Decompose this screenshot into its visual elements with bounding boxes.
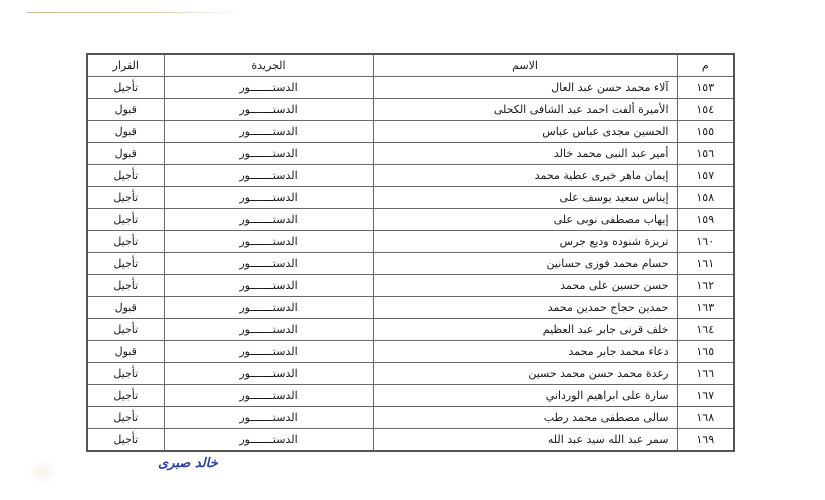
signature: خالد صبرى [158,456,218,471]
row-number: ١٦٧ [677,385,734,407]
row-decision: تأجيل [87,209,164,231]
row-name: إيهاب مصطفى نوبى على [373,209,677,231]
row-name: تريزة شنوده وديع جرس [373,231,677,253]
row-name: حسن حسين على محمد [373,275,677,297]
row-decision: تأجيل [87,77,164,99]
column-header-decision: القرار [87,54,164,77]
row-name: سارة على ابراهيم الورداني [373,385,677,407]
column-header-name: الاسم [373,54,677,77]
row-newspaper: الدستـــــــور [164,165,373,187]
row-decision: تأجيل [87,253,164,275]
row-newspaper: الدستـــــــور [164,231,373,253]
row-newspaper: الدستـــــــور [164,143,373,165]
row-newspaper: الدستـــــــور [164,77,373,99]
row-newspaper: الدستـــــــور [164,429,373,452]
row-name: إيمان ماهر خيرى عطية محمد [373,165,677,187]
row-number: ١٥٥ [677,121,734,143]
table-row: ١٥٧إيمان ماهر خيرى عطية محمدالدستـــــــ… [87,165,734,187]
row-name: آلاء محمد حسن عبد العال [373,77,677,99]
row-number: ١٥٣ [677,77,734,99]
row-newspaper: الدستـــــــور [164,99,373,121]
row-decision: قبول [87,341,164,363]
row-number: ١٦١ [677,253,734,275]
row-number: ١٥٨ [677,187,734,209]
table-row: ١٥٤الأميرة ألفت احمد عبد الشافى الكحلىال… [87,99,734,121]
row-decision: تأجيل [87,429,164,452]
row-decision: قبول [87,121,164,143]
row-decision: تأجيل [87,275,164,297]
row-decision: تأجيل [87,363,164,385]
table-row: ١٦٢حسن حسين على محمدالدستـــــــورتأجيل [87,275,734,297]
table-row: ١٦٠تريزة شنوده وديع جرسالدستـــــــورتأج… [87,231,734,253]
row-name: الأميرة ألفت احمد عبد الشافى الكحلى [373,99,677,121]
row-decision: تأجيل [87,165,164,187]
row-name: حسام محمد فوزى حسانين [373,253,677,275]
column-header-newspaper: الجريدة [164,54,373,77]
row-newspaper: الدستـــــــور [164,341,373,363]
table-row: ١٦٥دعاء محمد جابر محمدالدستـــــــورقبول [87,341,734,363]
row-number: ١٥٤ [677,99,734,121]
row-decision: تأجيل [87,231,164,253]
row-name: أمير عبد النبى محمد خالد [373,143,677,165]
table-row: ١٦٨سالى مصطفى محمد رطبالدستـــــــورتأجي… [87,407,734,429]
row-number: ١٦٦ [677,363,734,385]
row-number: ١٥٧ [677,165,734,187]
row-name: سمر عبد الله سيد عبد الله [373,429,677,452]
row-newspaper: الدستـــــــور [164,209,373,231]
row-decision: قبول [87,99,164,121]
table-row: ١٦٣حمدين حجاج حمدين محمدالدستـــــــورقب… [87,297,734,319]
row-newspaper: الدستـــــــور [164,319,373,341]
row-name: حمدين حجاج حمدين محمد [373,297,677,319]
table-row: ١٦٩سمر عبد الله سيد عبد اللهالدستـــــــ… [87,429,734,452]
row-newspaper: الدستـــــــور [164,275,373,297]
table-row: ١٦٧سارة على ابراهيم الوردانيالدستـــــــ… [87,385,734,407]
row-name: الحسين مجدى عباس عباس [373,121,677,143]
row-newspaper: الدستـــــــور [164,297,373,319]
row-decision: تأجيل [87,385,164,407]
row-newspaper: الدستـــــــور [164,407,373,429]
table-row: ١٥٨إيناس سعيد يوسف علىالدستـــــــورتأجي… [87,187,734,209]
row-decision: تأجيل [87,407,164,429]
top-divider-line [27,12,242,13]
row-number: ١٥٦ [677,143,734,165]
table-header-row: م الاسم الجريدة القرار [87,54,734,77]
row-name: دعاء محمد جابر محمد [373,341,677,363]
row-newspaper: الدستـــــــور [164,385,373,407]
paper-smudge [28,460,58,485]
row-decision: تأجيل [87,187,164,209]
results-table: م الاسم الجريدة القرار ١٥٣آلاء محمد حسن … [86,53,735,452]
table-row: ١٦٦رغدة محمد حسن محمد حسينالدستـــــــور… [87,363,734,385]
row-name: إيناس سعيد يوسف على [373,187,677,209]
row-decision: قبول [87,143,164,165]
column-header-number: م [677,54,734,77]
row-newspaper: الدستـــــــور [164,363,373,385]
row-number: ١٦٠ [677,231,734,253]
row-number: ١٦٨ [677,407,734,429]
table-row: ١٥٩إيهاب مصطفى نوبى علىالدستـــــــورتأج… [87,209,734,231]
row-number: ١٥٩ [677,209,734,231]
row-newspaper: الدستـــــــور [164,121,373,143]
row-number: ١٦٢ [677,275,734,297]
row-name: خلف قرنى جابر عبد العظيم [373,319,677,341]
row-newspaper: الدستـــــــور [164,187,373,209]
row-name: رغدة محمد حسن محمد حسين [373,363,677,385]
row-decision: قبول [87,297,164,319]
table-row: ١٥٥الحسين مجدى عباس عباسالدستـــــــورقب… [87,121,734,143]
table-row: ١٦٤خلف قرنى جابر عبد العظيمالدستـــــــو… [87,319,734,341]
row-number: ١٦٤ [677,319,734,341]
row-number: ١٦٣ [677,297,734,319]
row-newspaper: الدستـــــــور [164,253,373,275]
row-number: ١٦٩ [677,429,734,452]
table-row: ١٦١حسام محمد فوزى حسانينالدستـــــــورتأ… [87,253,734,275]
table-row: ١٥٦أمير عبد النبى محمد خالدالدستـــــــو… [87,143,734,165]
row-name: سالى مصطفى محمد رطب [373,407,677,429]
row-number: ١٦٥ [677,341,734,363]
table-row: ١٥٣آلاء محمد حسن عبد العالالدستـــــــور… [87,77,734,99]
row-decision: تأجيل [87,319,164,341]
